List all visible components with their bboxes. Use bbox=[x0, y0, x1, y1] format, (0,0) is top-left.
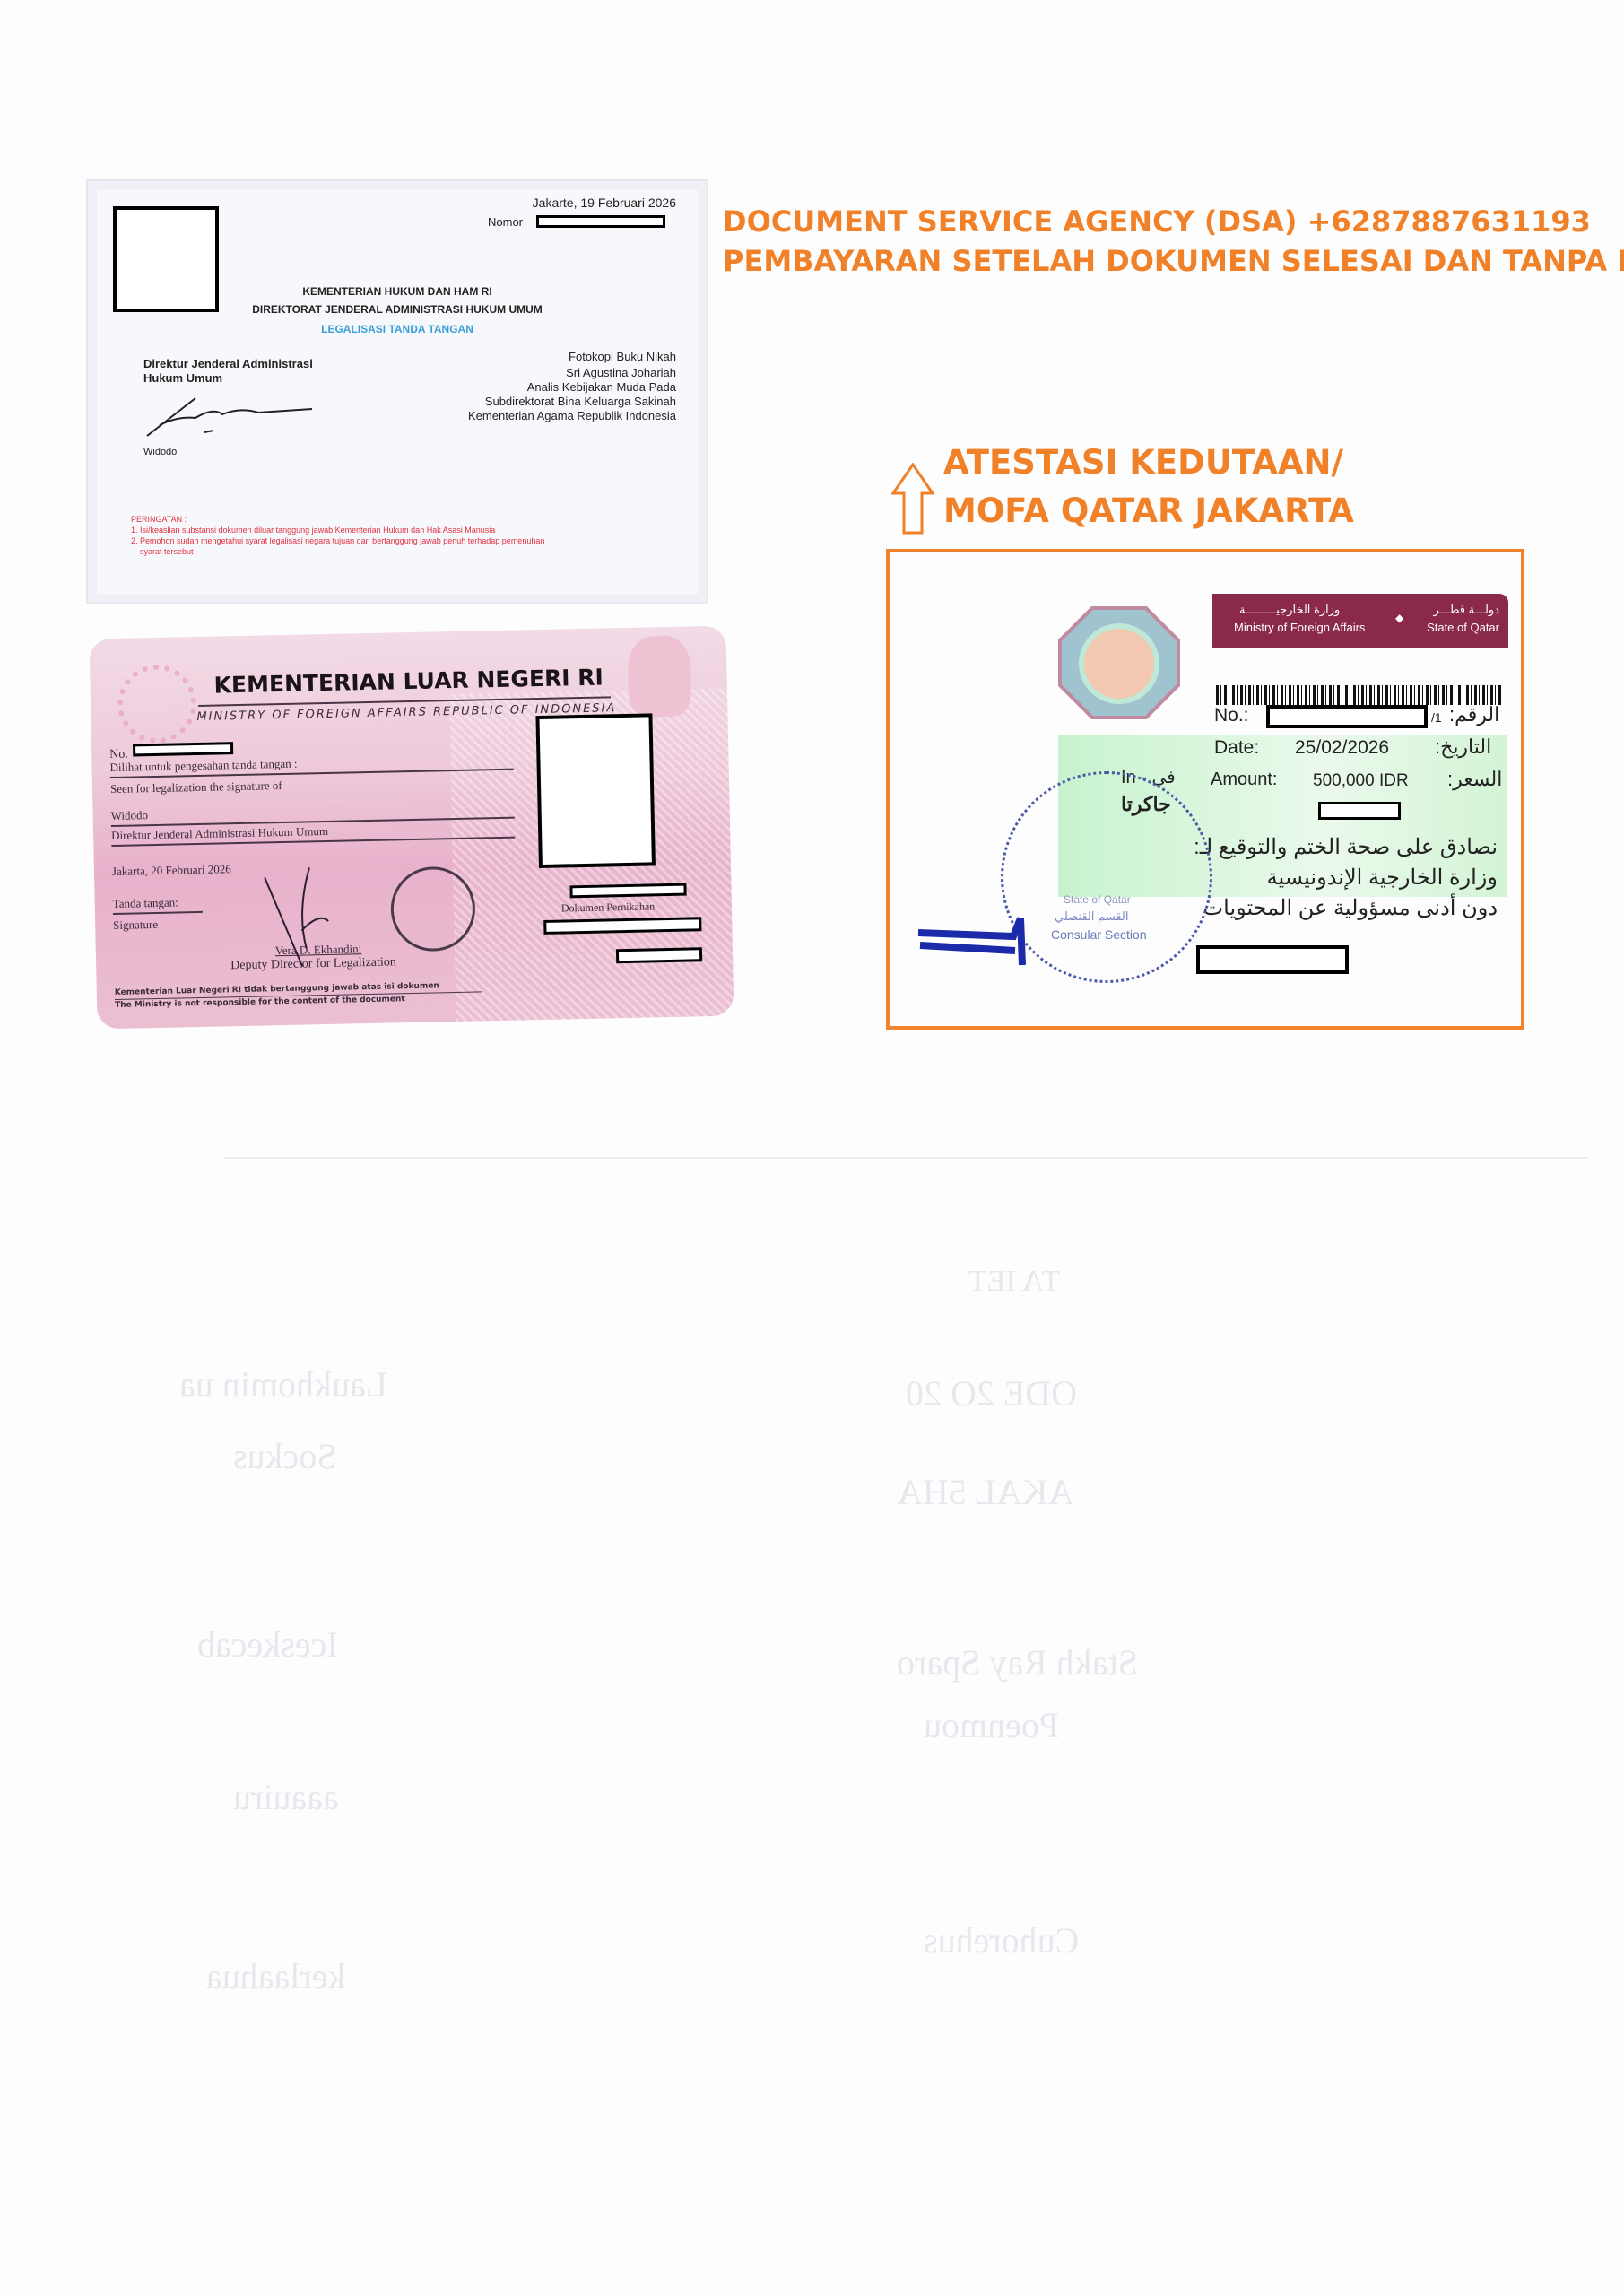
date-value: 25/02/2026 bbox=[1295, 737, 1389, 759]
redacted-signature-field bbox=[1196, 945, 1349, 974]
no-label: No.: bbox=[1214, 705, 1249, 726]
place-date: Jakarte, 19 Februari 2026 bbox=[533, 196, 676, 210]
redacted-number bbox=[133, 742, 233, 756]
bleed-through-text: ODE 2O 20 bbox=[906, 1372, 1077, 1414]
signature-label-id: Tanda tangan: bbox=[113, 895, 178, 911]
no-label-ar: الرقم: bbox=[1449, 703, 1499, 726]
official-name: Sri Agustina Johariah bbox=[566, 366, 676, 379]
cert-line-2: وزارة الخارجية الإندونيسية bbox=[1267, 865, 1498, 891]
date-label: Date: bbox=[1214, 737, 1259, 759]
no-suffix: /1 bbox=[1431, 710, 1442, 725]
band-en-right: State of Qatar bbox=[1427, 621, 1499, 634]
qatar-mofa-attestation-sticker: وزارة الخارجيـــــــــة Ministry of Fore… bbox=[897, 574, 1507, 996]
document-type: Fotokopi Buku Nikah bbox=[569, 350, 676, 363]
place-date: Jakarta, 20 Februari 2026 bbox=[112, 862, 231, 879]
signer-name: Widodo bbox=[110, 808, 148, 823]
bleed-through-text: aaauiru bbox=[233, 1776, 339, 1818]
mofa-header-band: وزارة الخارجيـــــــــة Ministry of Fore… bbox=[1212, 594, 1508, 648]
bleed-through-text: TA IET bbox=[968, 1265, 1060, 1299]
legalization-subtitle: LEGALISASI TANDA TANGAN bbox=[88, 323, 707, 335]
bleed-through-text: Cuhorehus bbox=[924, 1919, 1079, 1961]
official-ministry: Kementerian Agama Republik Indonesia bbox=[468, 409, 676, 422]
amount-value: 500,000 IDR bbox=[1313, 771, 1409, 791]
seen-en: Seen for legalization the signature of bbox=[110, 778, 282, 796]
cert-line-1: نصادق على صحة الختم والتوقيع لـ: bbox=[1194, 834, 1498, 860]
bleed-through-text: Stakh Ray Sparo bbox=[897, 1641, 1138, 1683]
payment-terms-line: PEMBAYARAN SETELAH DOKUMEN SELESAI DAN T… bbox=[723, 244, 1624, 278]
signer-title-1: Direktur Jenderal Administrasi bbox=[143, 357, 313, 370]
redacted-field bbox=[569, 883, 686, 899]
official-unit: Subdirektorat Bina Keluarga Sakinah bbox=[485, 395, 676, 408]
kemenlu-legalization-sticker: KEMENTERIAN LUAR NEGERI RI MINISTRY OF F… bbox=[90, 626, 734, 1030]
garuda-emblem-icon bbox=[628, 635, 692, 717]
band-ar-right: دولـــة قطـــر bbox=[1433, 603, 1499, 617]
diamond-separator-icon: ◆ bbox=[1395, 612, 1403, 624]
stamp-section: Consular Section bbox=[1051, 927, 1147, 942]
bleed-through-text: kerlaahua bbox=[206, 1955, 345, 1997]
agency-contact-line: DOCUMENT SERVICE AGENCY (DSA) +628788763… bbox=[723, 204, 1591, 239]
amount-label: Amount: bbox=[1211, 770, 1277, 790]
kemenkumham-legalization-card: Jakarte, 19 Februari 2026 Nomor KEMENTER… bbox=[86, 179, 708, 604]
amount-label-ar: السعر: bbox=[1447, 768, 1502, 791]
document-type: Dokumen Pernikahan bbox=[561, 900, 656, 915]
bleed-through-text: Poenmou bbox=[924, 1704, 1059, 1746]
ministry-emblem-icon bbox=[117, 664, 197, 744]
directorate-name: DIREKTORAT JENDERAL ADMINISTRASI HUKUM U… bbox=[88, 303, 707, 316]
attestation-title-1: ATESTASI KEDUTAAN/ bbox=[943, 443, 1343, 482]
warning-2b: syarat tersebut bbox=[140, 547, 194, 556]
signature-icon bbox=[142, 380, 321, 443]
warning-title: PERINGATAN : bbox=[131, 515, 187, 524]
official-role: Analis Kebijakan Muda Pada bbox=[527, 380, 676, 394]
nomor-label: Nomor bbox=[488, 215, 523, 229]
qatar-hologram-emblem-icon bbox=[1056, 604, 1182, 721]
redacted-number bbox=[1266, 705, 1428, 728]
band-en-left: Ministry of Foreign Affairs bbox=[1234, 621, 1365, 634]
page-fold-line bbox=[224, 1157, 1587, 1159]
disclaimer-en: The Ministry is not responsible for the … bbox=[115, 995, 405, 1010]
bleed-through-text: Iceskecab bbox=[197, 1623, 339, 1665]
redacted-photo bbox=[535, 713, 656, 868]
seen-id: Dilihat untuk pengesahan tanda tangan : bbox=[109, 757, 297, 775]
warning-2: 2. Pemohon sudah mengetahui syarat legal… bbox=[131, 536, 544, 545]
redacted-nomor bbox=[536, 215, 665, 228]
stamp-section-ar: القسم القنصلي bbox=[1055, 909, 1129, 924]
blue-signature-icon bbox=[915, 915, 1040, 969]
bleed-through-text: Sockus bbox=[233, 1435, 337, 1477]
up-arrow-outline-icon bbox=[891, 463, 934, 535]
band-ar-left: وزارة الخارجيـــــــــة bbox=[1239, 603, 1340, 617]
signer-name: Widodo bbox=[143, 447, 177, 457]
bleed-through-text: Laukhomin ua bbox=[179, 1363, 387, 1405]
barcode bbox=[1216, 685, 1503, 705]
stamp-state: State of Qatar bbox=[1064, 893, 1131, 906]
bleed-through-text: AKAL 5HA bbox=[897, 1471, 1073, 1513]
ministry-name: KEMENTERIAN HUKUM DAN HAM RI bbox=[88, 285, 707, 298]
redacted-field bbox=[1318, 802, 1401, 820]
signature-label-en: Signature bbox=[113, 918, 158, 933]
official-title: Deputy Director for Legalization bbox=[230, 955, 396, 973]
cert-line-3: دون أدنى مسؤولية عن المحتويات bbox=[1203, 895, 1498, 921]
attestation-title-2: MOFA QATAR JAKARTA bbox=[943, 491, 1354, 530]
redacted-field bbox=[616, 947, 702, 963]
warning-1: 1. Isi/keaslian substansi dokumen diluar… bbox=[131, 526, 495, 535]
date-label-ar: التاريخ: bbox=[1435, 735, 1491, 759]
